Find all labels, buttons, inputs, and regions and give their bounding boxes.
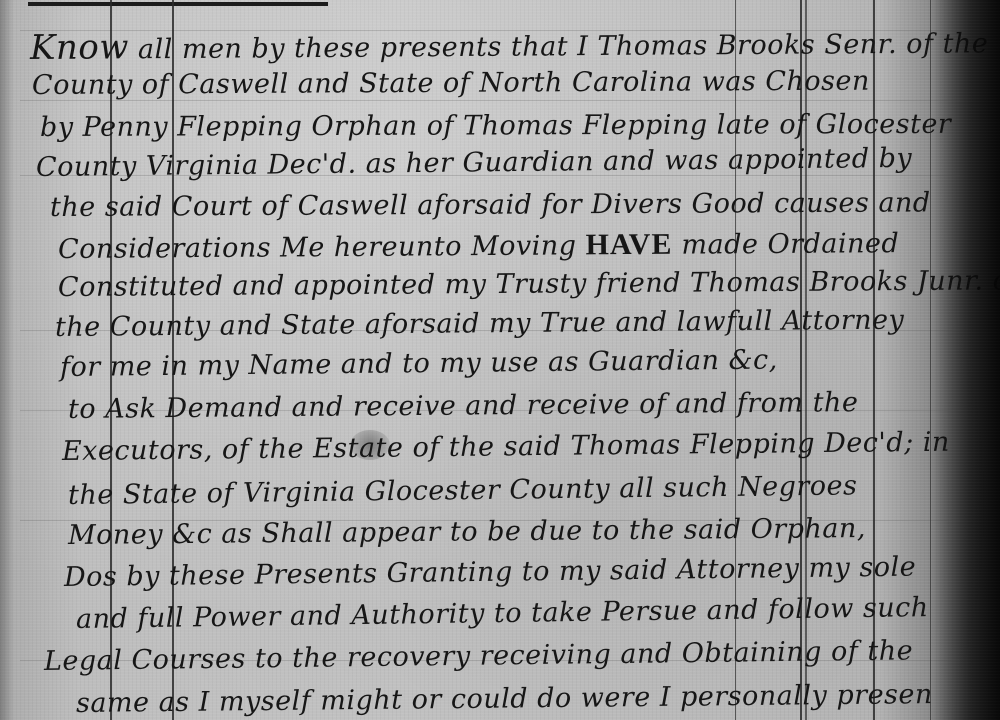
manuscript-line: the County and State aforsaid my True an…: [55, 305, 905, 343]
line-text: Legal Courses to the recovery receiving …: [44, 635, 913, 677]
manuscript-line: Legal Courses to the recovery receiving …: [44, 635, 913, 677]
have-emphasis: HAVE: [585, 228, 672, 262]
manuscript-line: County Virginia Dec'd. as her Guardian a…: [36, 143, 912, 183]
line-text: to Ask Demand and receive and receive of…: [68, 387, 859, 425]
manuscript-line: the said Court of Caswell aforsaid for D…: [50, 187, 931, 223]
line-text: the State of Virginia Glocester County a…: [68, 470, 858, 511]
line-text: Dos by these Presents Granting to my sai…: [64, 552, 917, 593]
manuscript-line: and full Power and Authority to take Per…: [76, 592, 929, 635]
manuscript-line: Know all men by these presents that I Th…: [30, 21, 989, 68]
line-text: Constituted and appointed my Trusty frie…: [58, 265, 1000, 303]
manuscript-line: same as I myself might or could do were …: [76, 679, 933, 719]
manuscript-body: Know all men by these presents that I Th…: [0, 0, 1000, 720]
line-text: all men by these presents that I Thomas …: [129, 28, 989, 65]
line-text: County of Caswell and State of North Car…: [32, 66, 870, 101]
line-text: Executors, of the Estate of the said Tho…: [62, 427, 950, 467]
line-text: made Ordained: [672, 228, 899, 261]
line-text: the said Court of Caswell aforsaid for D…: [50, 187, 931, 223]
line-text: same as I myself might or could do were …: [76, 679, 933, 719]
manuscript-line: Executors, of the Estate of the said Tho…: [62, 427, 950, 467]
line-text: the County and State aforsaid my True an…: [55, 305, 905, 343]
manuscript-line: Dos by these Presents Granting to my sai…: [64, 552, 917, 593]
manuscript-line: County of Caswell and State of North Car…: [32, 66, 870, 101]
opening-word: Know: [30, 27, 129, 68]
document-scan: Know all men by these presents that I Th…: [0, 0, 1000, 720]
manuscript-line: Considerations Me hereunto Moving HAVE m…: [58, 226, 899, 266]
manuscript-line: Constituted and appointed my Trusty frie…: [58, 265, 1000, 303]
line-text: Money &c as Shall appear to be due to th…: [68, 513, 866, 551]
manuscript-line: for me in my Name and to my use as Guard…: [60, 344, 778, 383]
manuscript-line: by Penny Flepping Orphan of Thomas Flepp…: [40, 109, 951, 143]
line-text: and full Power and Authority to take Per…: [76, 592, 929, 635]
manuscript-line: to Ask Demand and receive and receive of…: [68, 387, 859, 425]
manuscript-line: Money &c as Shall appear to be due to th…: [68, 513, 866, 551]
line-text: County Virginia Dec'd. as her Guardian a…: [36, 143, 912, 183]
line-text: Considerations Me hereunto Moving: [58, 230, 586, 265]
line-text: for me in my Name and to my use as Guard…: [60, 344, 778, 383]
manuscript-line: the State of Virginia Glocester County a…: [68, 470, 858, 511]
line-text: by Penny Flepping Orphan of Thomas Flepp…: [40, 109, 951, 143]
